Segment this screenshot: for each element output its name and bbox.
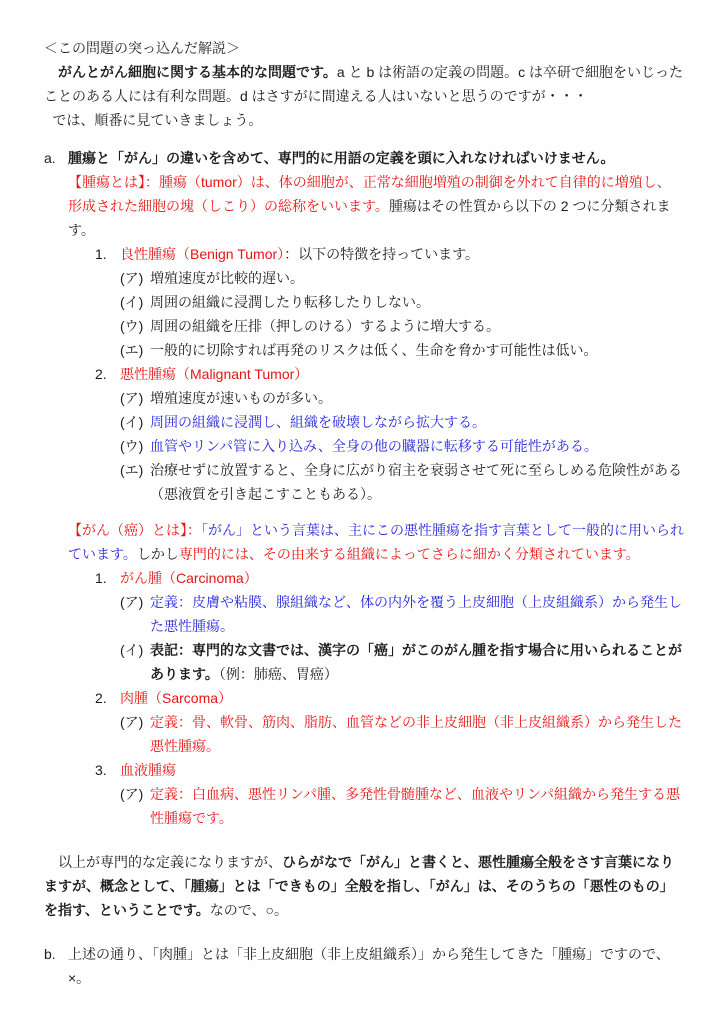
benign-point-2-text: 周囲の組織に浸潤したり転移したりしない。 [150, 290, 684, 314]
malignant-point-3-marker: (ウ) [120, 434, 150, 458]
benign-point-1-marker: (ア) [120, 266, 150, 290]
carcinoma-notation-text: 表記：専門的な文書では、漢字の「癌」がこのがん腫を指す場合に用いられることがあり… [150, 638, 684, 686]
sarcoma-number: 2. [95, 686, 120, 710]
carcinoma-definition-text: 定義：皮膚や粘膜、腺組織など、体の内外を覆う上皮細胞（上皮組織系）から発生した悪… [150, 590, 684, 638]
document-page: ＜この問題の突っ込んだ解説＞ がんとがん細胞に関する基本的な問題です。a と b… [0, 0, 724, 1024]
malignant-point-4-marker: (エ) [120, 458, 150, 482]
item-b: b. 上述の通り、「肉腫」とは「非上皮細胞（非上皮組織系）」から発生してきた「腫… [44, 942, 684, 990]
carcinoma-notation-marker: (イ) [120, 638, 150, 662]
carcinoma-item: 1. がん腫（Carcinoma） (ア) 定義：皮膚や粘膜、腺組織など、体の内… [68, 566, 684, 686]
blood-tumor-body: 血液腫瘍 (ア) 定義：白血病、悪性リンパ腫、多発性骨髄腫など、血液やリンパ組織… [120, 758, 684, 830]
benign-point-4-marker: (エ) [120, 338, 150, 362]
cancer-definition-paragraph: 【がん（癌）とは】：「がん」という言葉は、主にこの悪性腫瘍を指す言葉として一般的… [68, 518, 684, 566]
blood-tumor-definition-marker: (ア) [120, 782, 150, 806]
carcinoma-number: 1. [95, 566, 120, 590]
benign-point-3-text: 周囲の組織を圧排（押しのける）するように増大する。 [150, 314, 684, 338]
malignant-point-2-text: 周囲の組織に浸潤し、組織を破壊しながら拡大する。 [150, 410, 684, 434]
blood-tumor-item: 3. 血液腫瘍 (ア) 定義：白血病、悪性リンパ腫、多発性骨髄腫など、血液やリン… [68, 758, 684, 830]
tumor-definition-paragraph: 【腫瘍とは】：腫瘍（tumor）は、体の細胞が、正常な細胞増殖の制御を外れて自律… [68, 170, 684, 242]
item-a-heading: 腫瘍と「がん」の違いを含めて、専門的に用語の定義を頭に入れなければいけません。 [68, 146, 684, 170]
lead-line: では、順番に見ていきましょう。 [44, 108, 684, 132]
benign-point-1: (ア) 増殖速度が比較的遅い。 [120, 266, 684, 290]
malignant-point-3-text: 血管やリンパ管に入り込み、全身の他の臓器に転移する可能性がある。 [150, 434, 684, 458]
malignant-point-2-marker: (イ) [120, 410, 150, 434]
conclusion-verdict: なので、○。 [210, 902, 288, 918]
blood-tumor-title: 血液腫瘍 [120, 758, 684, 782]
conclusion-paragraph: 以上が専門的な定義になりますが、ひらがなで「がん」と書くと、悪性腫瘍全般をさす言… [44, 850, 684, 922]
conclusion-lead: 以上が専門的な定義になりますが、 [58, 854, 282, 870]
benign-point-2: (イ) 周囲の組織に浸潤したり転移したりしない。 [120, 290, 684, 314]
benign-body: 良性腫瘍（Benign Tumor）：以下の特徴を持っています。 (ア) 増殖速… [120, 242, 684, 362]
carcinoma-definition-marker: (ア) [120, 590, 150, 614]
carcinoma-notation-rest: （例：肺癌、胃癌） [219, 666, 338, 682]
item-b-line2: ×。 [68, 966, 684, 990]
cancer-definition-black: しかし [137, 546, 179, 562]
item-b-body: 上述の通り、「肉腫」とは「非上皮細胞（非上皮組織系）」から発生してきた「腫瘍」で… [68, 942, 684, 990]
cancer-definition-label: 【がん（癌）とは】： [68, 522, 201, 538]
benign-point-2-marker: (イ) [120, 290, 150, 314]
malignant-point-1: (ア) 増殖速度が速いものが多い。 [120, 386, 684, 410]
intro-bold-lead: がんとがん細胞に関する基本的な問題です。 [58, 64, 337, 80]
benign-point-3: (ウ) 周囲の組織を圧排（押しのける）するように増大する。 [120, 314, 684, 338]
carcinoma-notation: (イ) 表記：専門的な文書では、漢字の「癌」がこのがん腫を指す場合に用いられるこ… [120, 638, 684, 686]
benign-point-3-marker: (ウ) [120, 314, 150, 338]
benign-point-1-text: 増殖速度が比較的遅い。 [150, 266, 684, 290]
carcinoma-body: がん腫（Carcinoma） (ア) 定義：皮膚や粘膜、腺組織など、体の内外を覆… [120, 566, 684, 686]
malignant-point-4-text: 治療せずに放置すると、全身に広がり宿主を衰弱させて死に至らしめる危険性がある （… [150, 458, 684, 506]
item-a-body: 腫瘍と「がん」の違いを含めて、専門的に用語の定義を頭に入れなければいけません。 … [68, 146, 684, 830]
item-b-line1: 上述の通り、「肉腫」とは「非上皮細胞（非上皮組織系）」から発生してきた「腫瘍」で… [68, 942, 684, 966]
carcinoma-title: がん腫（Carcinoma） [120, 566, 684, 590]
sarcoma-definition-text: 定義：骨、軟骨、筋肉、脂肪、血管などの非上皮細胞（非上皮組織系）から発生した悪性… [150, 710, 684, 758]
malignant-title: 悪性腫瘍（Malignant Tumor） [120, 362, 684, 386]
sarcoma-body: 肉腫（Sarcoma） (ア) 定義：骨、軟骨、筋肉、脂肪、血管などの非上皮細胞… [120, 686, 684, 758]
sarcoma-item: 2. 肉腫（Sarcoma） (ア) 定義：骨、軟骨、筋肉、脂肪、血管などの非上… [68, 686, 684, 758]
benign-point-4-text: 一般的に切除すれば再発のリスクは低く、生命を脅かす可能性は低い。 [150, 338, 684, 362]
benign-tumor-item: 1. 良性腫瘍（Benign Tumor）：以下の特徴を持っています。 (ア) … [68, 242, 684, 362]
benign-number: 1. [95, 242, 120, 266]
malignant-tumor-item: 2. 悪性腫瘍（Malignant Tumor） (ア) 増殖速度が速いものが多… [68, 362, 684, 506]
benign-title-line: 良性腫瘍（Benign Tumor）：以下の特徴を持っています。 [120, 242, 684, 266]
malignant-body: 悪性腫瘍（Malignant Tumor） (ア) 増殖速度が速いものが多い。 … [120, 362, 684, 506]
malignant-point-1-text: 増殖速度が速いものが多い。 [150, 386, 684, 410]
malignant-point-4-line1: 治療せずに放置すると、全身に広がり宿主を衰弱させて死に至らしめる危険性がある [150, 458, 684, 482]
benign-title: 良性腫瘍（Benign Tumor） [120, 246, 284, 262]
malignant-point-4: (エ) 治療せずに放置すると、全身に広がり宿主を衰弱させて死に至らしめる危険性が… [120, 458, 684, 506]
blood-tumor-definition-text: 定義：白血病、悪性リンパ腫、多発性骨髄腫など、血液やリンパ組織から発生する悪性腫… [150, 782, 684, 830]
malignant-point-4-line2: （悪液質を引き起こすこともある）。 [150, 482, 684, 506]
cancer-definition-red: 専門的には、その由来する組織によってさらに細かく分類されています。 [179, 546, 640, 562]
item-a: a. 腫瘍と「がん」の違いを含めて、専門的に用語の定義を頭に入れなければいけませ… [44, 146, 684, 830]
blood-tumor-number: 3. [95, 758, 120, 782]
item-b-marker: b. [44, 942, 68, 966]
benign-point-4: (エ) 一般的に切除すれば再発のリスクは低く、生命を脅かす可能性は低い。 [120, 338, 684, 362]
carcinoma-definition: (ア) 定義：皮膚や粘膜、腺組織など、体の内外を覆う上皮細胞（上皮組織系）から発… [120, 590, 684, 638]
benign-title-suffix: ：以下の特徴を持っています。 [284, 246, 479, 262]
malignant-point-1-marker: (ア) [120, 386, 150, 410]
page-title: ＜この問題の突っ込んだ解説＞ [44, 36, 684, 60]
malignant-point-2: (イ) 周囲の組織に浸潤し、組織を破壊しながら拡大する。 [120, 410, 684, 434]
sarcoma-definition: (ア) 定義：骨、軟骨、筋肉、脂肪、血管などの非上皮細胞（非上皮組織系）から発生… [120, 710, 684, 758]
sarcoma-title: 肉腫（Sarcoma） [120, 686, 684, 710]
intro-paragraph: がんとがん細胞に関する基本的な問題です。a と b は術語の定義の問題。c は卒… [44, 60, 684, 108]
blood-tumor-definition: (ア) 定義：白血病、悪性リンパ腫、多発性骨髄腫など、血液やリンパ組織から発生す… [120, 782, 684, 830]
item-a-marker: a. [44, 146, 68, 170]
sarcoma-definition-marker: (ア) [120, 710, 150, 734]
malignant-number: 2. [95, 362, 120, 386]
malignant-point-3: (ウ) 血管やリンパ管に入り込み、全身の他の臓器に転移する可能性がある。 [120, 434, 684, 458]
